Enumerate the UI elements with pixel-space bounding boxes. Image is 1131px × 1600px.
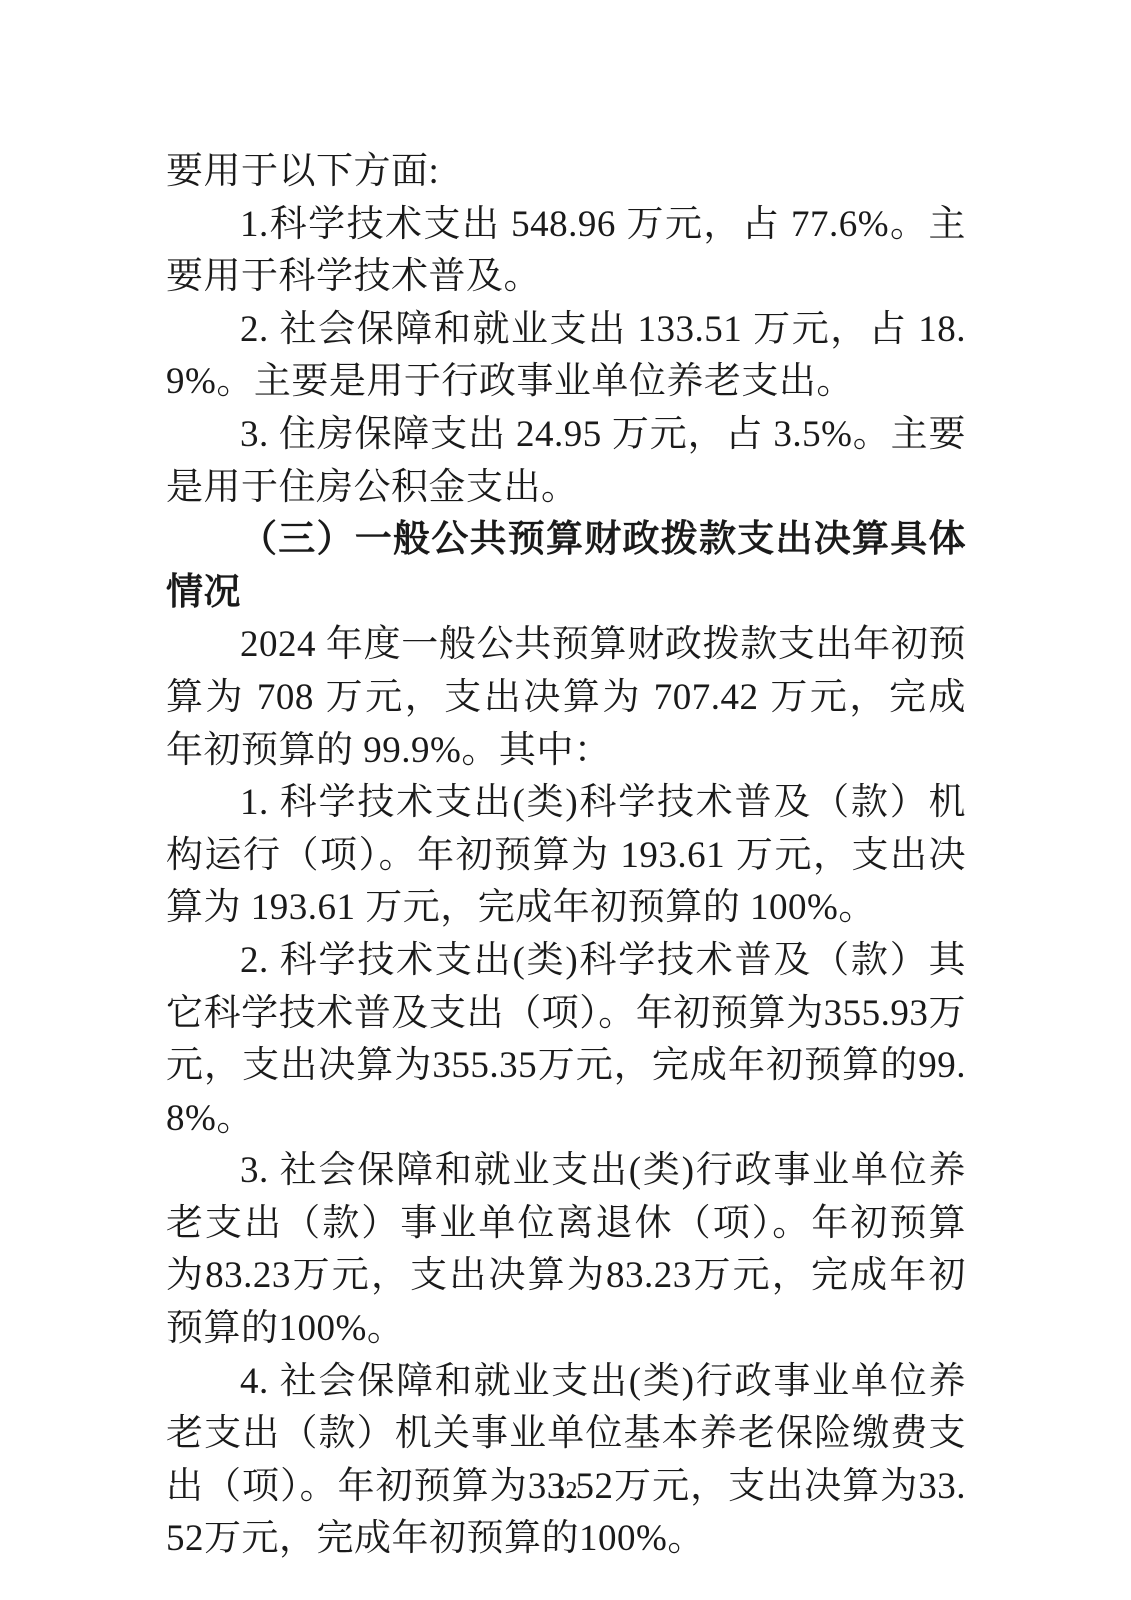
list-item-detail-3: 3. 社会保障和就业支出(类)行政事业单位养老支出（款）事业单位离退休（项）。年… — [166, 1145, 966, 1355]
list-item-detail-4: 4. 社会保障和就业支出(类)行政事业单位养老支出（款）机关事业单位基本养老保险… — [166, 1356, 966, 1566]
document-body: 要用于以下方面: 1.科学技术支出 548.96 万元，占 77.6%。主要用于… — [166, 146, 966, 1566]
section-heading: （三）一般公共预算财政拨款支出决算具体情况 — [166, 514, 966, 619]
list-item-expense-2: 2. 社会保障和就业支出 133.51 万元，占 18.9%。主要是用于行政事业… — [166, 304, 966, 409]
page-number: 12 — [0, 1476, 1131, 1506]
list-item-expense-3: 3. 住房保障支出 24.95 万元，占 3.5%。主要是用于住房公积金支出。 — [166, 409, 966, 514]
paragraph-continuation: 要用于以下方面: — [166, 146, 966, 199]
list-item-detail-2: 2. 科学技术支出(类)科学技术普及（款）其它科学技术普及支出（项）。年初预算为… — [166, 935, 966, 1145]
list-item-expense-1: 1.科学技术支出 548.96 万元，占 77.6%。主要用于科学技术普及。 — [166, 199, 966, 304]
list-item-detail-1: 1. 科学技术支出(类)科学技术普及（款）机构运行（项）。年初预算为 193.6… — [166, 777, 966, 935]
paragraph-budget-summary: 2024 年度一般公共预算财政拨款支出年初预算为 708 万元，支出决算为 70… — [166, 619, 966, 777]
document-page: 要用于以下方面: 1.科学技术支出 548.96 万元，占 77.6%。主要用于… — [0, 0, 1131, 1600]
